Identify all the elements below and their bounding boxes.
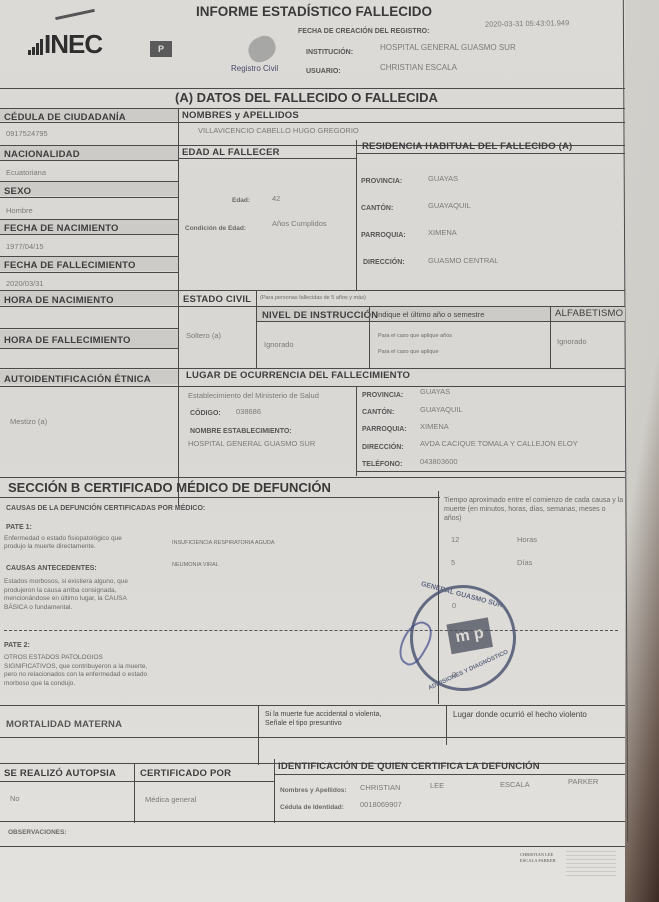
inec-bars-icon	[28, 37, 44, 55]
registro-civil-emblem-icon	[244, 32, 280, 66]
fecha-fallecimiento-label: FECHA DE FALLECIMIENTO	[4, 260, 136, 271]
stamp-logo-icon: m p	[446, 617, 493, 654]
cedula-value: 0917524795	[6, 129, 48, 138]
etnica-value: Mestizo (a)	[10, 417, 47, 426]
estado-civil-value: Soltero (a)	[186, 331, 221, 340]
condicion-label: Condición de Edad:	[185, 225, 246, 232]
user-value: CHRISTIAN ESCALA	[380, 63, 457, 72]
aplique-anios-label: Para el caso que aplique años	[378, 333, 452, 339]
ultimo-anio-label: Indique el último año o semestre	[376, 310, 484, 319]
telefono-value: 043803600	[420, 457, 458, 466]
certificador-nombre-2: LEE	[430, 781, 444, 790]
fecha-nacimiento-label: FECHA DE NACIMIENTO	[4, 223, 119, 234]
fecha-fallecimiento-value: 2020/03/31	[6, 279, 44, 288]
lug-provincia-value: GUAYAS	[420, 387, 450, 396]
edad-label: EDAD AL FALLECER	[182, 147, 280, 158]
death-report-page: INEC P Registro Civil INFORME ESTADÍSTIC…	[0, 0, 625, 902]
lug-canton-label: CANTÓN:	[362, 409, 394, 416]
msp-logo: P	[150, 41, 172, 57]
part-divider	[4, 630, 618, 631]
antecedentes-desc: Estados morbosos, si existiera alguno, q…	[4, 578, 149, 612]
certificador-cedula-label: Cédula de Identidad:	[280, 804, 344, 811]
antecedentes-label: CAUSAS ANTECEDENTES:	[6, 565, 97, 572]
estado-civil-note: (Para personas fallecidas de 5 años y má…	[260, 295, 366, 301]
certificador-apellido-2: PARKER	[568, 777, 598, 786]
parte2-label: PATE 2:	[4, 642, 30, 649]
fecha-nacimiento-value: 1977/04/15	[6, 242, 44, 251]
res-canton-value: GUAYAQUIL	[428, 201, 471, 210]
antecedentes-value: NEUMONIA VIRAL	[172, 562, 219, 568]
section-b-title: SECCIÓN B CERTIFICADO MÉDICO DE DEFUNCIÓ…	[8, 480, 331, 495]
parte1-desc: Enfermedad o estado fisiopatológico que …	[4, 535, 144, 551]
creation-date-label: FECHA DE CREACIÓN DEL REGISTRO:	[298, 28, 429, 35]
codigo-label: CÓDIGO:	[190, 410, 221, 417]
lug-parroquia-label: PARROQUIA:	[362, 426, 407, 433]
inec-logo: INEC	[28, 33, 102, 55]
lugar-label: LUGAR DE OCURRENCIA DEL FALLECIMIENTO	[186, 370, 410, 381]
certificador-nombre-1: CHRISTIAN	[360, 783, 400, 792]
certificado-value: Médica general	[145, 795, 196, 804]
estado-civil-label: ESTADO CIVIL	[183, 294, 251, 305]
lug-provincia-label: PROVINCIA:	[362, 392, 403, 399]
user-label: USUARIO:	[306, 68, 341, 75]
nacionalidad-label: NACIONALIDAD	[4, 149, 80, 160]
res-provincia-label: PROVINCIA:	[361, 178, 402, 185]
parte1-unit: Horas	[517, 535, 537, 544]
codigo-value: 038686	[236, 407, 261, 416]
instruccion-value: Ignorado	[264, 340, 294, 349]
telefono-label: TELÉFONO:	[362, 461, 402, 468]
registro-civil-logo: Registro Civil	[231, 64, 278, 73]
lug-direccion-label: DIRECCIÓN:	[362, 444, 404, 451]
certificador-nombres-label: Nombres y Apellidos:	[280, 787, 347, 794]
etnica-label: AUTOIDENTIFICACIÓN ÉTNICA	[4, 374, 151, 385]
lug-direccion-value: AVDA CACIQUE TOMALA Y CALLEJON ELOY	[420, 439, 578, 448]
residencia-label: RESIDENCIA HABITUAL DEL FALLECIDO (A)	[362, 141, 572, 152]
lug-parroquia-value: XIMENA	[420, 422, 449, 431]
observaciones-label: OBSERVACIONES:	[8, 829, 67, 836]
hora-nacimiento-label: HORA DE NACIMIENTO	[4, 295, 114, 306]
creation-date-value: 2020-03-31 05:43:01.949	[485, 18, 569, 28]
edad-sub-label: Edad:	[232, 197, 250, 204]
nombres-value: VILLAVICENCIO CABELLO HUGO GREGORIO	[198, 126, 359, 135]
lugar-violento-label: Lugar donde ocurrió el hecho violento	[453, 710, 587, 719]
autopsia-label: SE REALIZÓ AUTOPSIA	[4, 768, 116, 779]
res-provincia-value: GUAYAS	[428, 174, 458, 183]
establecimiento-value: HOSPITAL GENERAL GUASMO SUR	[188, 439, 315, 448]
res-canton-label: CANTÓN:	[361, 205, 393, 212]
instruccion-label: NIVEL DE INSTRUCCIÓN	[262, 310, 378, 321]
institution-label: INSTITUCIÓN:	[306, 49, 353, 56]
sexo-value: Hombre	[6, 206, 33, 215]
institution-value: HOSPITAL GENERAL GUASMO SUR	[380, 43, 516, 52]
aplique-label: Para el caso que aplique	[378, 349, 439, 355]
electronic-signature: CHRISTIAN LEE ESCALA PARKER	[520, 852, 556, 864]
autopsia-value: No	[10, 794, 20, 803]
certificado-label: CERTIFICADO POR	[140, 768, 231, 779]
parte1-label: PATE 1:	[6, 524, 32, 531]
lugar-tipo: Establecimiento del Ministerio de Salud	[188, 391, 319, 400]
antecedentes-unit: Días	[517, 558, 532, 567]
section-a-title: (A) DATOS DEL FALLECIDO O FALLECIDA	[175, 90, 438, 105]
edad-value: 42	[272, 194, 280, 203]
materna-label: MORTALIDAD MATERNA	[6, 719, 122, 730]
alfabetismo-label: ALFABETISMO	[555, 308, 623, 319]
antecedentes-time: 5	[451, 558, 455, 567]
sexo-label: SEXO	[4, 186, 31, 197]
res-direccion-label: DIRECCIÓN:	[363, 259, 405, 266]
hora-fallecimiento-label: HORA DE FALLECIMIENTO	[4, 335, 131, 346]
accidental-label: Si la muerte fue accidental o violenta, …	[265, 710, 405, 728]
signature-text-block	[566, 851, 616, 879]
lug-canton-value: GUAYAQUIL	[420, 405, 463, 414]
certificador-apellido-1: ESCALA	[500, 780, 530, 789]
establecimiento-label: NOMBRE ESTABLECIMIENTO:	[190, 428, 292, 435]
res-parroquia-value: XIMENA	[428, 228, 457, 237]
tiempo-label: Tiempo aproximado entre el comienzo de c…	[444, 496, 624, 523]
certificador-cedula-value: 0018069907	[360, 800, 402, 809]
alfabetismo-value: Ignorado	[557, 337, 587, 346]
parte2-desc: OTROS ESTADOS PATOLOGIOS SIGNIFICATIVOS,…	[4, 654, 154, 688]
identificacion-label: IDENTIFICACIÓN DE QUIEN CERTIFICA LA DEF…	[278, 761, 540, 772]
res-direccion-value: GUASMO CENTRAL	[428, 256, 498, 265]
condicion-value: Años Cumplidos	[272, 219, 327, 228]
nacionalidad-value: Ecuatoriana	[6, 168, 46, 177]
parte1-time: 12	[451, 535, 459, 544]
parte1-value: INSUFICIENCIA RESPIRATORIA AGUDA	[172, 540, 275, 546]
nombres-label: NOMBRES y APELLIDOS	[182, 110, 299, 121]
res-parroquia-label: PARROQUIA:	[361, 232, 406, 239]
paperclip-mark	[55, 9, 95, 20]
report-title: INFORME ESTADÍSTICO FALLECIDO	[196, 4, 432, 19]
causas-label: CAUSAS DE LA DEFUNCIÓN CERTIFICADAS POR …	[6, 505, 205, 512]
